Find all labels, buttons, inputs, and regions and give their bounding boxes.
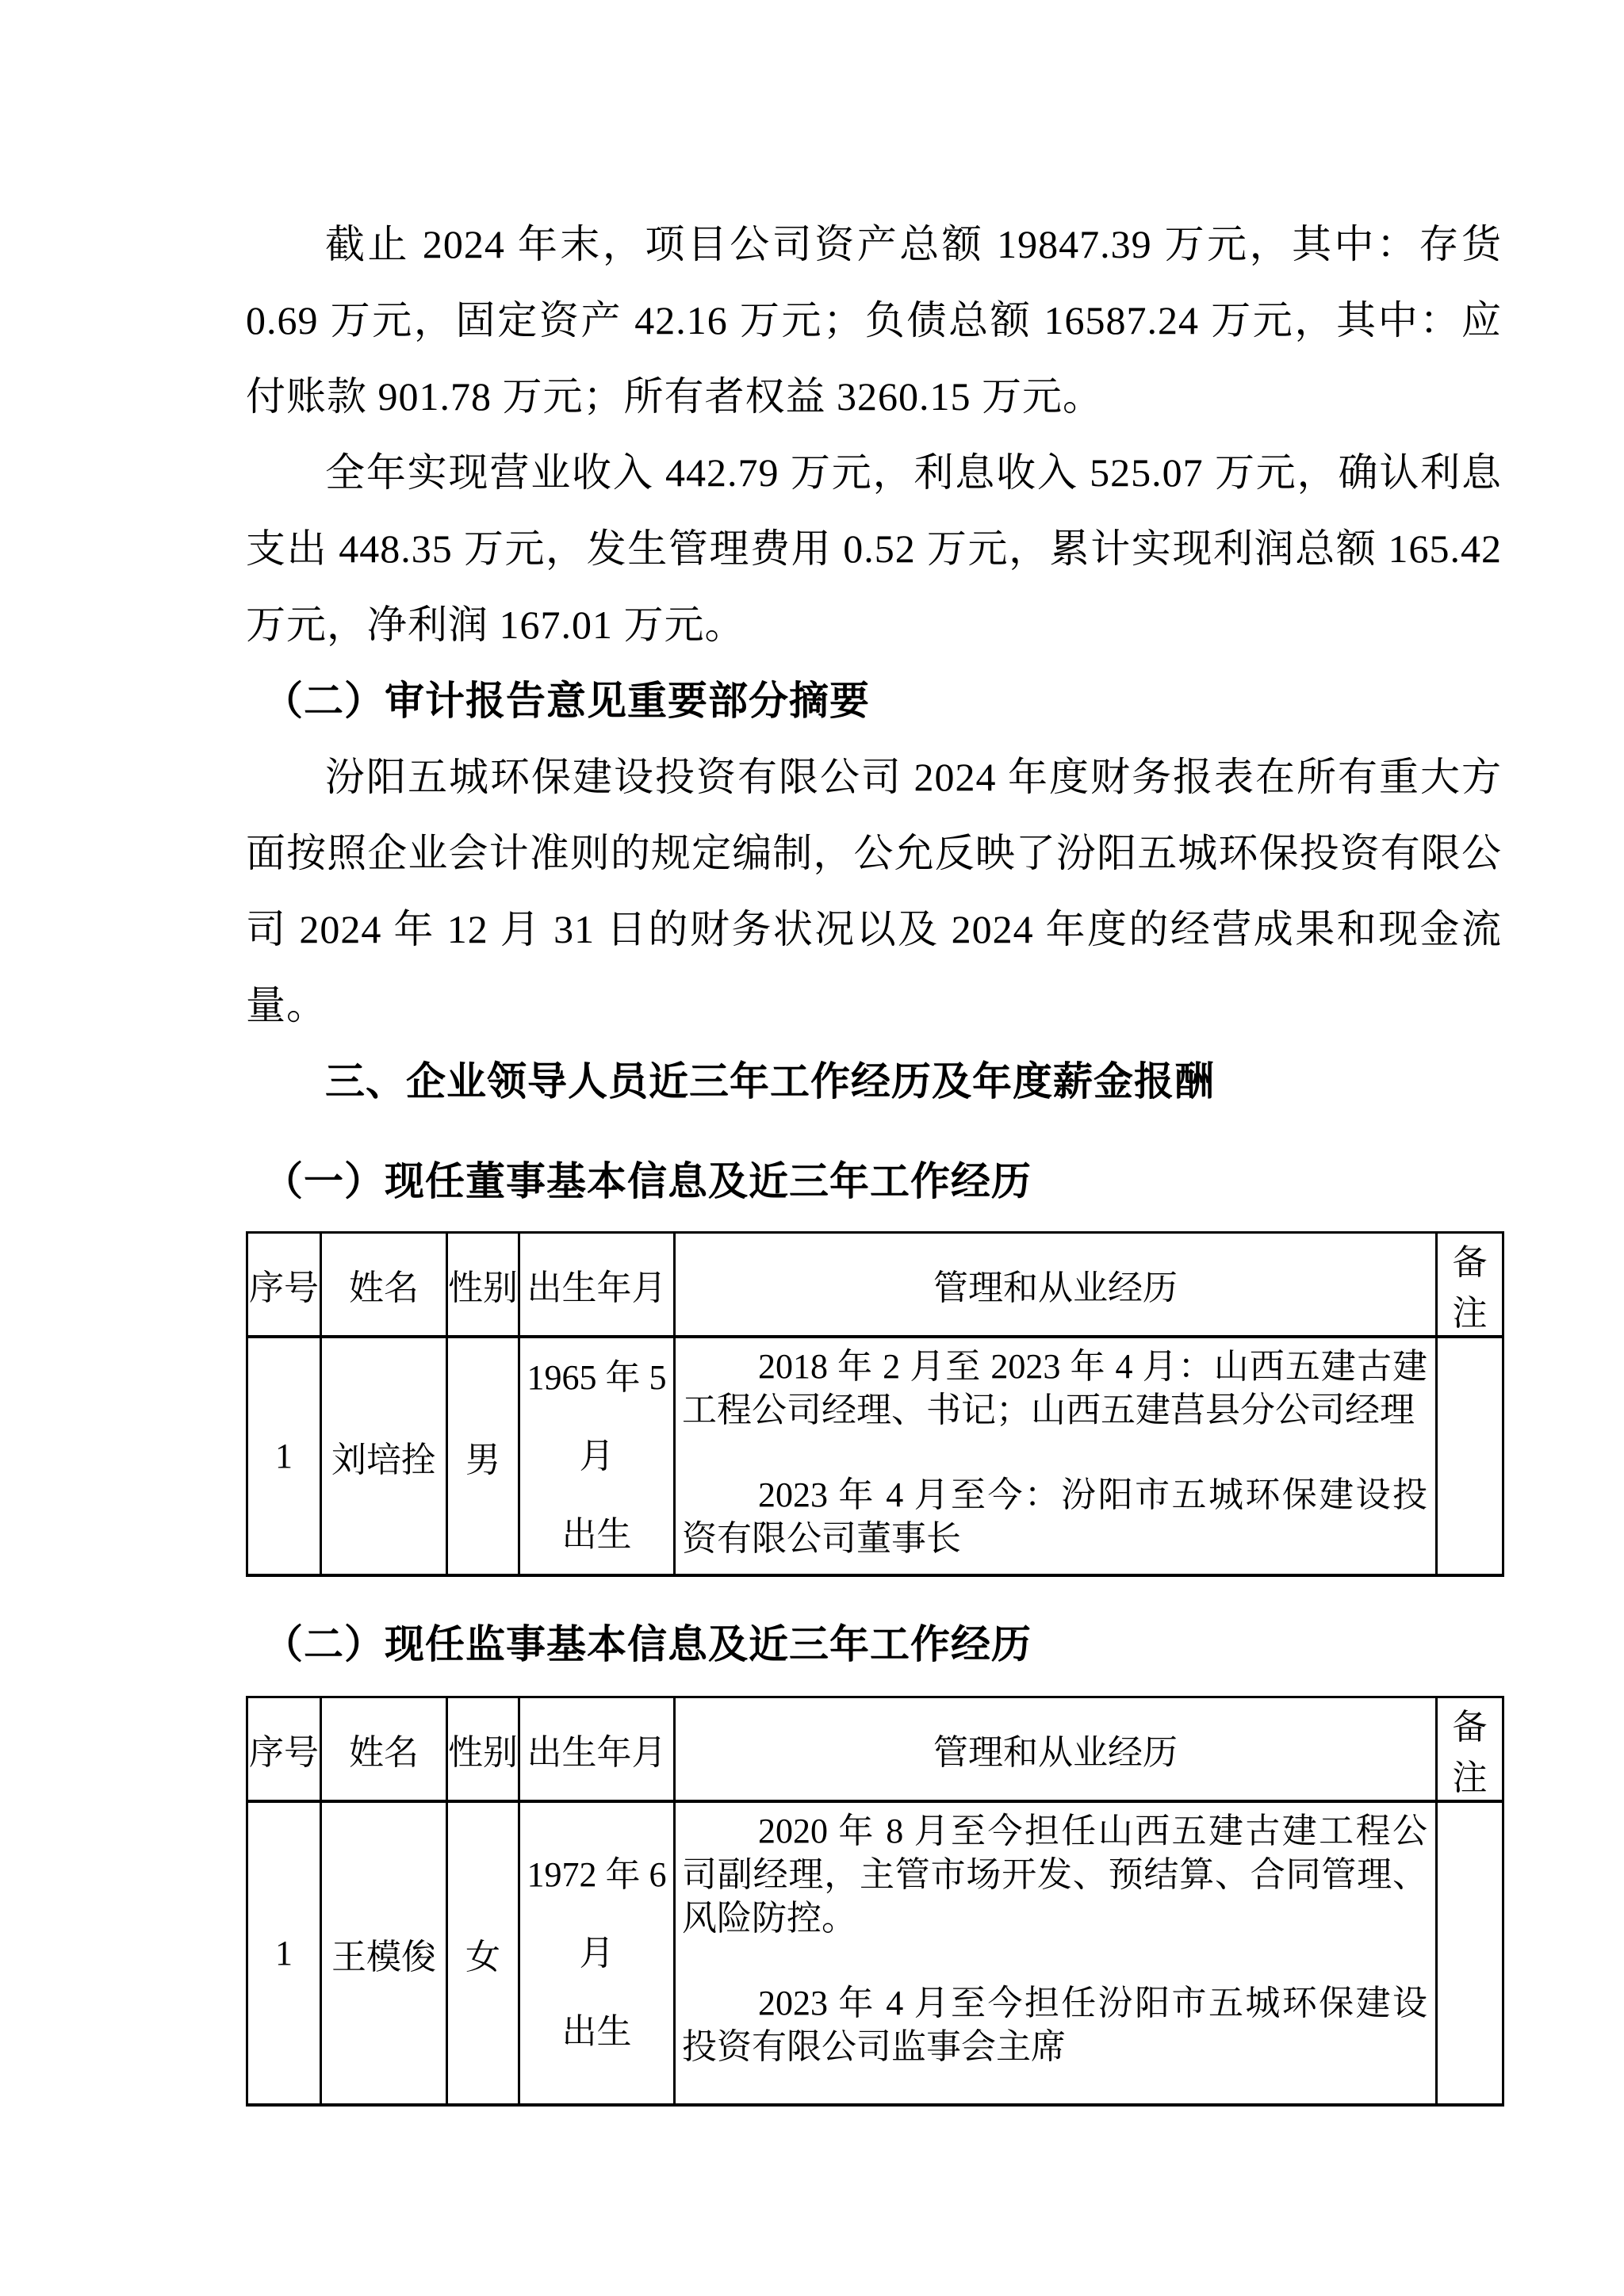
director-gender: 男 bbox=[447, 1337, 519, 1575]
director-birth: 1965 年 5 月 出生 bbox=[519, 1337, 675, 1575]
director-birth-line1: 1965 年 5 月 bbox=[520, 1338, 673, 1495]
heading-supervisors: （二）现任监事基本信息及近三年工作经历 bbox=[246, 1606, 1502, 1682]
supervisor-gender: 女 bbox=[447, 1801, 519, 2105]
supervisor-experience: 2020 年 8 月至今担任山西五建古建工程公司副经理，主管市场开发、预结算、合… bbox=[675, 1801, 1437, 2105]
supervisor-name: 王模俊 bbox=[321, 1801, 447, 2105]
director-header-note: 备注 bbox=[1437, 1233, 1503, 1337]
director-table-row: 1 刘培拴 男 1965 年 5 月 出生 2018 年 2 月至 2023 年… bbox=[247, 1337, 1503, 1575]
heading-directors: （一）现任董事基本信息及近三年工作经历 bbox=[246, 1143, 1502, 1219]
supervisor-header-gender: 性别 bbox=[447, 1697, 519, 1802]
document-page: 截止 2024 年末，项目公司资产总额 19847.39 万元，其中：存货 0.… bbox=[0, 0, 1624, 2296]
director-header-gender: 性别 bbox=[447, 1233, 519, 1337]
paragraph-operating-results: 全年实现营业收入 442.79 万元，利息收入 525.07 万元，确认利息支出… bbox=[246, 434, 1502, 663]
director-table: 序号 姓名 性别 出生年月 管理和从业经历 备注 1 刘培拴 男 1965 年 … bbox=[246, 1231, 1504, 1577]
director-experience-para2: 2023 年 4 月至今：汾阳市五城环保建设投资有限公司董事长 bbox=[682, 1473, 1427, 1560]
director-note bbox=[1437, 1337, 1503, 1575]
supervisor-experience-para1: 2020 年 8 月至今担任山西五建古建工程公司副经理，主管市场开发、预结算、合… bbox=[682, 1809, 1427, 1940]
heading-audit-summary: （二）审计报告意见重要部分摘要 bbox=[246, 663, 1502, 739]
supervisor-birth-line2: 出生 bbox=[520, 1992, 673, 2071]
heading-leaders-section: 三、企业领导人员近三年工作经历及年度薪金报酬 bbox=[246, 1043, 1502, 1119]
director-no: 1 bbox=[247, 1337, 321, 1575]
director-experience: 2018 年 2 月至 2023 年 4 月：山西五建古建工程公司经理、书记；山… bbox=[675, 1337, 1437, 1575]
supervisor-header-note: 备注 bbox=[1437, 1697, 1503, 1802]
supervisor-header-no: 序号 bbox=[247, 1697, 321, 1802]
director-header-name: 姓名 bbox=[321, 1233, 447, 1337]
supervisor-note bbox=[1437, 1801, 1503, 2105]
director-experience-para1: 2018 年 2 月至 2023 年 4 月：山西五建古建工程公司经理、书记；山… bbox=[682, 1345, 1427, 1432]
supervisor-birth-line1: 1972 年 6 月 bbox=[520, 1835, 673, 1992]
supervisor-birth: 1972 年 6 月 出生 bbox=[519, 1801, 675, 2105]
paragraph-financial-position: 截止 2024 年末，项目公司资产总额 19847.39 万元，其中：存货 0.… bbox=[246, 206, 1502, 434]
supervisor-table-row: 1 王模俊 女 1972 年 6 月 出生 2020 年 8 月至今担任山西五建… bbox=[247, 1801, 1503, 2105]
director-header-no: 序号 bbox=[247, 1233, 321, 1337]
supervisor-header-birth: 出生年月 bbox=[519, 1697, 675, 1802]
director-name: 刘培拴 bbox=[321, 1337, 447, 1575]
director-birth-line2: 出生 bbox=[520, 1495, 673, 1574]
director-table-header: 序号 姓名 性别 出生年月 管理和从业经历 备注 bbox=[247, 1233, 1503, 1337]
supervisor-experience-para2: 2023 年 4 月至今担任汾阳市五城环保建设投资有限公司监事会主席 bbox=[682, 1981, 1427, 2068]
supervisor-header-experience: 管理和从业经历 bbox=[675, 1697, 1437, 1802]
supervisor-header-name: 姓名 bbox=[321, 1697, 447, 1802]
supervisor-table: 序号 姓名 性别 出生年月 管理和从业经历 备注 1 王模俊 女 1972 年 … bbox=[246, 1696, 1504, 2107]
director-header-birth: 出生年月 bbox=[519, 1233, 675, 1337]
director-header-experience: 管理和从业经历 bbox=[675, 1233, 1437, 1337]
paragraph-audit-opinion: 汾阳五城环保建设投资有限公司 2024 年度财务报表在所有重大方面按照企业会计准… bbox=[246, 739, 1502, 1043]
supervisor-no: 1 bbox=[247, 1801, 321, 2105]
supervisor-table-header: 序号 姓名 性别 出生年月 管理和从业经历 备注 bbox=[247, 1697, 1503, 1802]
